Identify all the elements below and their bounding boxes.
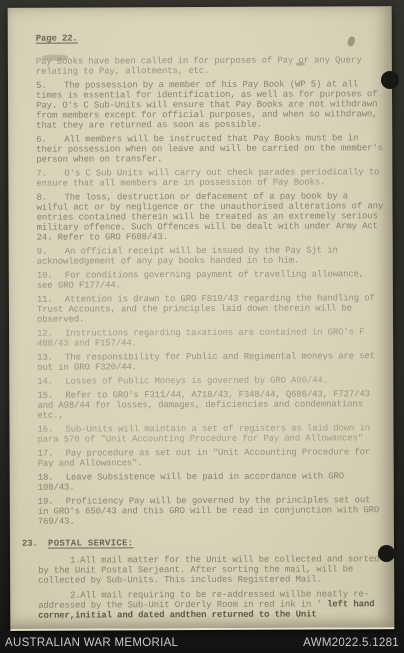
paragraph-number: 9. xyxy=(37,247,65,257)
paragraph-15: 15.Refer to GRO's F311/44, A718/43, F348… xyxy=(37,389,385,421)
paragraph-number: 19. xyxy=(38,497,66,507)
paragraph-19: 19.Proficiency Pay will be governed by t… xyxy=(38,495,386,527)
paragraph-number: 16. xyxy=(37,425,65,435)
paragraph-text: The responsibility for Public and Regime… xyxy=(37,351,375,372)
paragraph-5: 5.The possession by a member of his Pay … xyxy=(36,79,384,131)
paragraph-text: An official receipt will be issued by th… xyxy=(37,245,338,266)
postal-paragraph-2: 2.All mail requiring to be re-addressed … xyxy=(38,589,386,621)
paragraph-17: 17.Pay procedure as set out in "Unit Acc… xyxy=(38,447,386,469)
archive-institution-label: AUSTRALIAN WAR MEMORIAL xyxy=(5,637,178,649)
paragraph-text: The loss, destruction or defacement of a… xyxy=(36,191,383,242)
section-number: 23. xyxy=(22,539,48,549)
paragraph-16: 16.Sub-Units will maintain a set of regi… xyxy=(37,423,385,445)
paragraph-number: 15. xyxy=(37,391,65,401)
paragraph-12: 12.Instructions regarding taxations are … xyxy=(37,327,385,349)
paragraph-number: 10. xyxy=(37,271,65,281)
paragraph-text: Instructions regarding taxations are con… xyxy=(37,327,364,348)
paragraph-number: 8. xyxy=(36,193,64,203)
paragraph-text: All mail matter for the Unit will be col… xyxy=(38,554,379,585)
paragraph-number: 1. xyxy=(54,556,80,566)
paragraph-13: 13.The responsibility for Public and Reg… xyxy=(37,351,385,373)
typewritten-content: Page 22. Pay Books have been called in f… xyxy=(36,32,387,626)
paragraph-8: 8.The loss, destruction or defacement of… xyxy=(36,191,384,243)
archive-reference-number: AWM2022.5.1281 xyxy=(303,637,399,649)
paragraph-number: 17. xyxy=(38,449,66,459)
hole-punch-dot xyxy=(378,545,395,562)
paragraph-text: Sub-Units will maintain a set of registe… xyxy=(38,423,371,444)
paragraph-text: Leave Subsistence will be paid in accord… xyxy=(38,471,344,492)
scanned-page: Page 22. Pay Books have been called in f… xyxy=(8,6,395,631)
paragraph-text: For conditions governing payment of trav… xyxy=(37,269,364,290)
paragraph-number: 18. xyxy=(38,473,66,483)
section-heading: 23.POSTAL SERVICE: xyxy=(22,537,386,549)
paragraph-6: 6.All members will be instructed that Pa… xyxy=(36,133,384,165)
paragraph-text: All mail requiring to be re-addressed wi… xyxy=(38,589,369,610)
paragraph-7: 7.O's C Sub Units will carry out check p… xyxy=(36,167,384,189)
page-number-heading: Page 22. xyxy=(36,34,78,44)
postal-paragraph-1: 1.All mail matter for the Unit will be c… xyxy=(38,554,386,586)
paragraph-number: 13. xyxy=(37,353,65,363)
paragraph-number: 6. xyxy=(36,135,64,145)
paragraph-text: Attention is drawn to GRO F819/43 regard… xyxy=(37,293,375,324)
archive-caption-bar: AUSTRALIAN WAR MEMORIAL AWM2022.5.1281 xyxy=(0,633,404,653)
postal-service-section: 23.POSTAL SERVICE: 1.All mail matter for… xyxy=(38,537,386,621)
paragraph-number: 11. xyxy=(37,295,65,305)
paragraph-number: 5. xyxy=(36,81,64,91)
hole-punch-dot xyxy=(381,71,399,89)
paragraph-text: Losses of Public Moneys is governed by G… xyxy=(65,375,328,386)
paragraph-18: 18.Leave Subsistence will be paid in acc… xyxy=(38,471,386,493)
screenshot-root: { "colors": { "paper": "#d8d2b8", "ink":… xyxy=(0,0,404,653)
paragraph-text: Refer to GRO's F311/44, A718/43, F348/44… xyxy=(37,389,370,420)
paragraph-number: 14. xyxy=(37,377,65,387)
paragraph-text: Proficiency Pay will be governed by the … xyxy=(38,495,379,526)
paragraph-number: 7. xyxy=(36,169,64,179)
paragraph-number: 12. xyxy=(37,329,65,339)
paragraph-text: The possession by a member of his Pay Bo… xyxy=(36,79,377,130)
paragraph-number: 2. xyxy=(54,591,80,601)
paragraph-14: 14.Losses of Public Moneys is governed b… xyxy=(37,375,385,387)
paragraph-text: Pay Books have been called in for purpos… xyxy=(36,55,362,76)
paragraph-text: O's C Sub Units will carry out check par… xyxy=(36,167,379,188)
paragraph-10: 10.For conditions governing payment of t… xyxy=(37,269,385,291)
intro-paragraph: Pay Books have been called in for purpos… xyxy=(36,55,384,77)
paragraph-11: 11.Attention is drawn to GRO F819/43 reg… xyxy=(37,293,385,325)
paragraph-text: Pay procedure as set out in "Unit Accoun… xyxy=(38,447,371,468)
section-title: POSTAL SERVICE: xyxy=(48,538,134,548)
paragraph-9: 9.An official receipt will be issued by … xyxy=(37,245,385,267)
paragraph-text: All members will be instructed that Pay … xyxy=(36,133,383,164)
